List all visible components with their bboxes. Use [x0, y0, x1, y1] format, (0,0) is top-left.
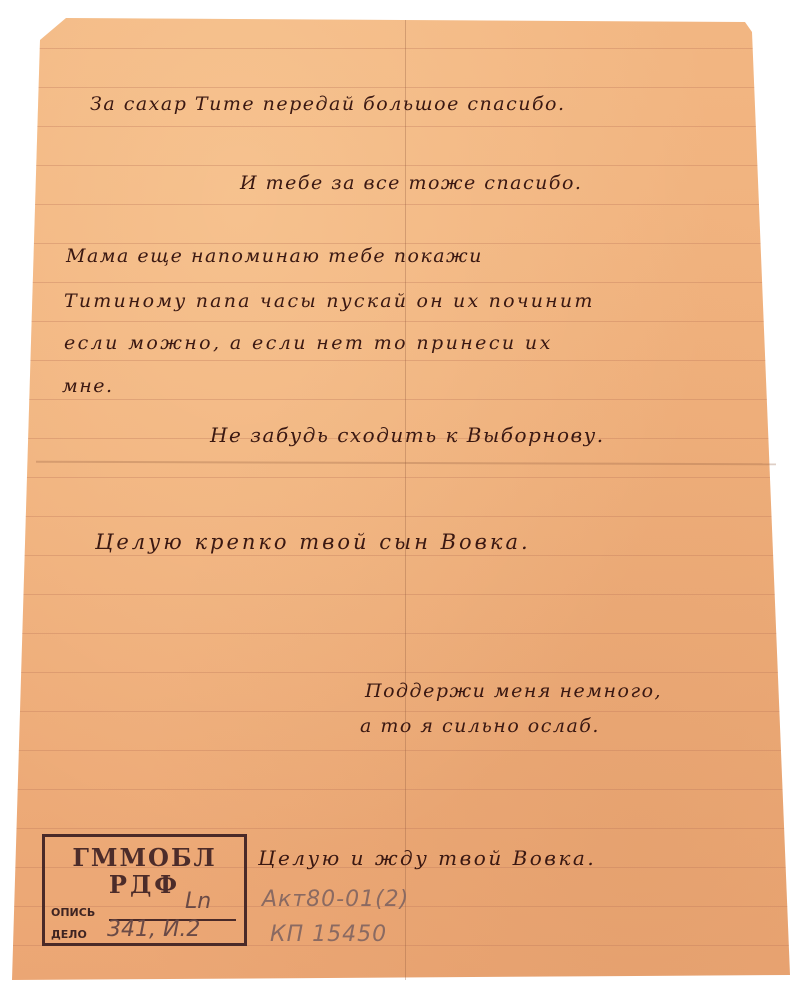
- archive-stamp: ГММОБЛ РДФ ОПИСЬ Ln ДЕЛО 341, И.2: [42, 834, 247, 946]
- vertical-fold-crease: [405, 20, 406, 980]
- letter-line-11: Целую и жду твой Вовка.: [258, 846, 596, 870]
- stamp-delo-value: 341, И.2: [107, 917, 200, 942]
- stamp-title-line2: РДФ: [45, 870, 244, 899]
- letter-line-1: За сахар Тите передай большое спасибо.: [90, 93, 566, 115]
- archive-kp-number: КП 15450: [270, 922, 387, 947]
- letter-line-6: мне.: [62, 375, 114, 397]
- stamp-title-line1: ГММОБЛ: [45, 843, 244, 872]
- letter-line-7: Не забудь сходить к Выборнову.: [210, 423, 605, 447]
- letter-line-5: если можно, а если нет то принеси их: [64, 332, 553, 354]
- letter-line-2: И тебе за все тоже спасибо.: [240, 172, 582, 194]
- letter-line-10: а то я сильно ослаб.: [360, 715, 600, 737]
- letter-line-4: Титиному папа часы пускай он их починит: [64, 290, 595, 312]
- stamp-delo-label: ДЕЛО: [51, 928, 87, 941]
- stamp-opis-label: ОПИСЬ: [51, 906, 95, 919]
- letter-line-3: Мама еще напоминаю тебе покажи: [66, 245, 483, 267]
- letter-line-9: Поддержи меня немного,: [365, 680, 662, 702]
- stamp-opis-value: Ln: [185, 889, 211, 914]
- letter-line-8: Целую крепко твой сын Вовка.: [95, 530, 531, 554]
- archive-act-number: Акт80-01(2): [262, 887, 409, 912]
